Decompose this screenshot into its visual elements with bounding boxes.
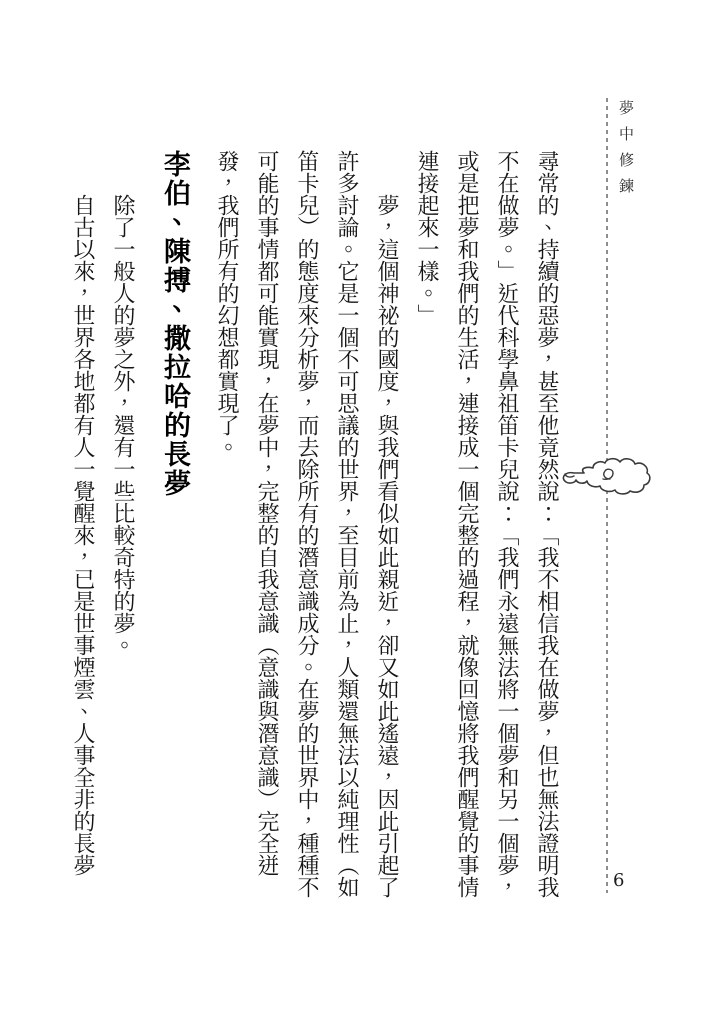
paragraph-unusual-dreams-intro: 除了一般人的夢之外，還有一些比較奇特的夢。: [103, 150, 143, 898]
main-text-block: 尋常的、持續的惡夢，甚至他竟然說：「我不相信我在做夢，但也無法證明我不在做夢。」…: [63, 150, 567, 898]
paragraph-long-dreams: 自古以來，世界各地都有人一覺醒來，已是世事煙雲、人事全非的長夢: [63, 150, 103, 898]
paragraph-quote-descartes: 尋常的、持續的惡夢，甚至他竟然說：「我不相信我在做夢，但也無法證明我不在做夢。」…: [407, 150, 567, 898]
book-page: 夢中修鍊 6 尋常的、持續的惡夢，甚至他竟然說：「我不相信我在做夢，但也無法證明…: [0, 0, 724, 1024]
running-head-title: 夢中修鍊: [615, 100, 636, 204]
paragraph-dream-mysterious-realm: 夢，這個神祕的國度，與我們看似如此親近，卻又如此遙遠，因此引起了許多討論。它是一…: [207, 150, 407, 898]
section-heading: 李伯、陳搏、撒拉哈的長夢: [156, 150, 194, 898]
page-number: 6: [613, 870, 624, 891]
cloud-ornament-icon: [558, 446, 660, 502]
